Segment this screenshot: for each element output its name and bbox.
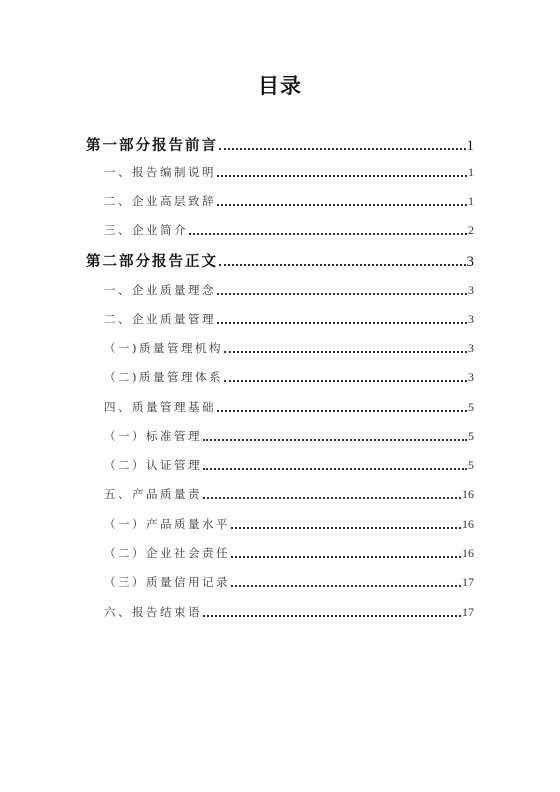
toc-entry-page: 1	[468, 165, 474, 180]
dot-leader	[217, 293, 467, 295]
toc-entry-label: （二）企业社会责任	[104, 545, 230, 561]
toc-entry-page: 3	[468, 283, 474, 298]
dot-leader	[217, 322, 467, 324]
toc-entry-label: 一、报告编制说明	[104, 164, 216, 180]
toc-entry-part-2[interactable]: 第二部分报告正文 3	[86, 250, 474, 271]
toc-entry-label: 二、企业质量管理	[104, 311, 216, 327]
toc-entry-label: （一）产品质量水平	[104, 516, 230, 532]
toc-entry-label: （三）质量信用记录	[104, 574, 230, 590]
toc-entry-label: 一、企业质量理念	[104, 282, 216, 298]
toc-entry-page: 16	[462, 546, 474, 561]
toc-entry[interactable]: 四、质量管理基础 5	[104, 399, 474, 415]
toc-entry-label: （一）标准管理	[104, 428, 202, 444]
toc-entry[interactable]: （二)质量管理体系 3	[104, 369, 474, 385]
dot-leader	[219, 148, 466, 150]
dot-leader	[217, 175, 467, 177]
dot-leader	[189, 233, 467, 235]
toc-entry-label: 四、质量管理基础	[104, 399, 216, 415]
toc-entry[interactable]: 二、企业高层致辞 1	[104, 193, 474, 209]
toc-entry[interactable]: （一）标准管理 5	[104, 428, 474, 444]
toc-entry-label: （二）认证管理	[104, 457, 202, 473]
toc-entry-label: 二、企业高层致辞	[104, 193, 216, 209]
toc-entry-page: 17	[462, 605, 474, 620]
dot-leader	[231, 527, 461, 529]
toc-entry-page: 1	[467, 138, 475, 155]
toc-entry-label: （一)质量管理机构	[104, 340, 223, 356]
toc-entry-label: 五、产品质量责	[104, 486, 202, 502]
toc-entry[interactable]: 六、报告结束语 17	[104, 604, 474, 620]
toc-entry[interactable]: （一）产品质量水平 16	[104, 516, 474, 532]
toc-entry[interactable]: （二）认证管理 5	[104, 457, 474, 473]
dot-leader	[219, 264, 466, 266]
toc-entry-page: 3	[468, 370, 474, 385]
dot-leader	[203, 497, 461, 499]
dot-leader	[224, 351, 467, 353]
toc-entry[interactable]: 三、企业简介 2	[104, 222, 474, 238]
toc-entry-page: 5	[468, 429, 474, 444]
dot-leader	[231, 585, 461, 587]
toc-entry[interactable]: （三）质量信用记录 17	[104, 574, 474, 590]
toc-entry-page: 16	[462, 517, 474, 532]
dot-leader	[203, 615, 461, 617]
toc-entry-page: 3	[468, 341, 474, 356]
toc-entry[interactable]: 五、产品质量责 16	[104, 486, 474, 502]
toc-entry[interactable]: 一、报告编制说明 1	[104, 164, 474, 180]
toc-entry[interactable]: 二、企业质量管理 3	[104, 311, 474, 327]
toc-entry-page: 17	[462, 575, 474, 590]
toc-entry-page: 16	[462, 487, 474, 502]
toc-entry-page: 2	[468, 223, 474, 238]
dot-leader	[203, 468, 467, 470]
toc-entry-page: 5	[468, 458, 474, 473]
dot-leader	[217, 410, 467, 412]
toc-entry-part-1[interactable]: 第一部分报告前言 1	[86, 134, 474, 155]
toc-entry-label: （二)质量管理体系	[104, 369, 223, 385]
dot-leader	[217, 204, 467, 206]
toc-entry-page: 3	[467, 254, 475, 271]
toc-entry-page: 5	[468, 400, 474, 415]
toc-entry[interactable]: （二）企业社会责任 16	[104, 545, 474, 561]
dot-leader	[224, 380, 467, 382]
toc-entry-label: 第一部分报告前言	[86, 134, 218, 155]
dot-leader	[231, 556, 461, 558]
toc-title: 目录	[0, 70, 560, 100]
toc-entry-page: 1	[468, 194, 474, 209]
toc-entry-label: 第二部分报告正文	[86, 250, 218, 271]
dot-leader	[203, 439, 467, 441]
toc-entry-page: 3	[468, 312, 474, 327]
toc-entry[interactable]: 一、企业质量理念 3	[104, 282, 474, 298]
toc-entry[interactable]: （一)质量管理机构 3	[104, 340, 474, 356]
toc-entry-label: 三、企业简介	[104, 222, 188, 238]
toc-entry-label: 六、报告结束语	[104, 604, 202, 620]
